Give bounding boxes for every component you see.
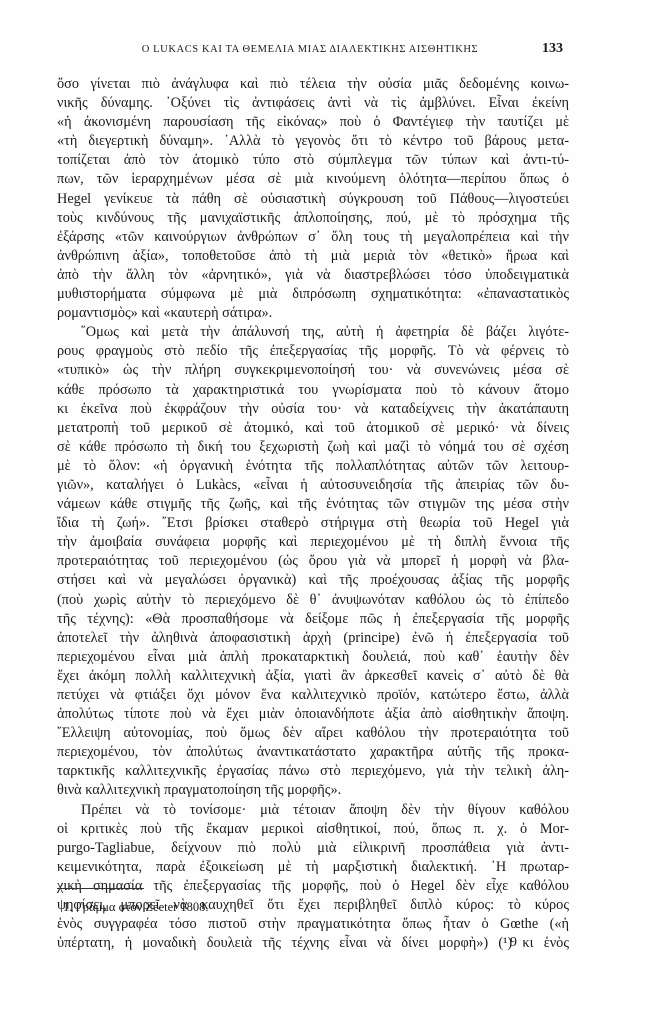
- text-line: χικὴ σημασία τῆς ἐπεξεργασίας τῆς μορφῆς…: [57, 877, 569, 896]
- text-line: ἐξάρσης «τῶν καινούργιων ἀνθρώπων σ᾿ ὅλη…: [57, 228, 569, 247]
- text-line: νικῆς δύναμης. ᾿Οξύνει τὶς ἀντιφάσεις ἀν…: [57, 94, 569, 113]
- text-line: στήσει καὶ νὰ μεγαλώσει ὀργανικὰ) καὶ τῆ…: [57, 571, 569, 590]
- text-line: πετύχει νὰ φτιάξει ὄχι μόνον ἕνα καλλιτε…: [57, 686, 569, 705]
- text-line: ῎Ελλειψη αὐτονομίας, ποὺ ὅμως δὲν αἴρει …: [57, 724, 569, 743]
- text-line: περιεχομένου εἶναι μιὰ ἁπλὴ προκαταρκτικ…: [57, 648, 569, 667]
- text-line: τὴν ἀμοιβαία συνάφεια μορφῆς καὶ περιεχο…: [57, 533, 569, 552]
- text-line: μυθιστορήματα σύμφωνα μὲ μιὰ διπρόσωπη σ…: [57, 285, 569, 304]
- body-text: ὅσο γίνεται πιὸ ἀνάγλυφα καὶ πιὸ τέλεια …: [57, 75, 569, 953]
- paragraph-start-line: Πρέπει νὰ τὸ τονίσομε· μιὰ τέτοιαν ἄποψη…: [57, 801, 569, 820]
- text-line: πων, τῶν ἱεραρχημένων μέσα σὲ μιὰ κινούμ…: [57, 170, 569, 189]
- text-line: μὲ τὸ ὅλον: «ἡ ὀργανικὴ ἑνότητα τῆς πολλ…: [57, 457, 569, 476]
- text-line: purgo-Tagliabue, δείχνουν πιὸ πολὺ μιὰ ε…: [57, 839, 569, 858]
- text-line: ἔχει ἀκόμη πολλὴ καλλιτεχνικὴ ἀξία, γιατ…: [57, 667, 569, 686]
- text-line: κάθε πρόσωπο τὰ χαρακτηριστικά του γνωρί…: [57, 381, 569, 400]
- text-line: «τὴ διεγερτικὴ δύναμη». ᾿Αλλὰ τὸ γεγονὸς…: [57, 132, 569, 151]
- text-line: ὅσο γίνεται πιὸ ἀνάγλυφα καὶ πιὸ τέλεια …: [57, 75, 569, 94]
- paragraph-start-line: ῞Ομως καὶ μετὰ τὴν ἀπάλυνσή της, αὐτὴ ἡ …: [57, 323, 569, 342]
- text-line: ἑνὸς συγγραφέα τόσο πιστοῦ στὴν πραγματι…: [57, 915, 569, 934]
- running-head-title: Ο LUKACS ΚΑΙ ΤΑ ΘΕΜΕΛΙΑ ΜΙΑΣ ΔΙΑΛΕΚΤΙΚΗΣ…: [100, 44, 520, 55]
- text-line: ρους φραγμοὺς στὸ πεδίο τῆς ἐπεξεργασίας…: [57, 342, 569, 361]
- text-line: τῆς τέχνης): «Θὰ προσπαθήσομε νὰ δείξομε…: [57, 610, 569, 629]
- text-line: (ποὺ χωρὶς αὐτὴν τὸ περιεχόμενο δὲ θ᾿ ἀν…: [57, 591, 569, 610]
- text-line: κι ἐκεῖνα ποὺ ἐκφράζουν τὴν οὐσία του· ν…: [57, 400, 569, 419]
- signature-mark: 9: [510, 935, 517, 951]
- text-line: Hegel γενίκευε τὰ πάθη σὲ οὐσιαστικὴ σύγ…: [57, 190, 569, 209]
- text-line: τοπίζεται ἀπὸ τὸν ἀτομικὸ τύπο στὸ σύμπλ…: [57, 151, 569, 170]
- text-line: οἱ κριτικὲς ποὺ τῆς ἔκαμαν μερικοὶ αἰσθη…: [57, 820, 569, 839]
- text-line: ἀπὸ τὴν ἄλλη τὸν «ἀρνητικό», γιὰ νὰ διασ…: [57, 266, 569, 285]
- text-line: ὑπέρτατη, ἡ μοναδικὴ δουλειὰ τῆς τέχνης …: [57, 934, 569, 953]
- text-line: θινὰ καλλιτεχνικὴ πραγματοποίηση τῆς μορ…: [57, 781, 569, 800]
- text-line: ἴδια τὴ ζωή». ῎Ετσι βρίσκει σταθερὸ στήρ…: [57, 514, 569, 533]
- text-line: νάμεων κάθε στιγμῆς τῆς ζωῆς, καὶ τῆς ἑν…: [57, 495, 569, 514]
- text-line: γιῶν», καταλήγει ὁ Lukàcs, «εἶναι ἡ αὐτο…: [57, 476, 569, 495]
- text-line: ταρκτικῆς καλλιτεχνικῆς ἐργασίας πάνω στ…: [57, 762, 569, 781]
- footnote: 1. Γράμμα στὸν Zeeter 1808.: [63, 900, 209, 915]
- text-line: τοὺς κινδύνους τῆς μανιχαϊστικῆς ἁπλοποί…: [57, 209, 569, 228]
- text-line: ρομαντισμὸς» καὶ «καυτερὴ σάτιρα».: [57, 304, 569, 323]
- text-line: ἀνθρώπινη ἀξία», τοποθετοῦσε ἀπὸ τὴ μιὰ …: [57, 247, 569, 266]
- page-number: 133: [542, 41, 563, 57]
- text-line: περιεχομένου, τὸν ἀπολύτως ἀναντικατάστα…: [57, 743, 569, 762]
- text-line: «τυπικὸ» ὡς τὴν πλήρη συγκεκριμενοποίησή…: [57, 361, 569, 380]
- footnote-divider: [57, 888, 144, 889]
- text-line: προτεραιότητας τοῦ περιεχομένου (ὡς ὅρου…: [57, 552, 569, 571]
- text-line: κειμενικότητα, παρὰ ἐξοικείωση μὲ τὴ μαρ…: [57, 858, 569, 877]
- book-page: Ο LUKACS ΚΑΙ ΤΑ ΘΕΜΕΛΙΑ ΜΙΑΣ ΔΙΑΛΕΚΤΙΚΗΣ…: [0, 0, 650, 1024]
- text-line: ἀποτελεῖ τὴν ἀληθινὰ ἀποφασιστικὴ ἀρχὴ (…: [57, 629, 569, 648]
- text-line: μετατροπὴ τοῦ μερικοῦ σὲ ἀτομικό, καὶ το…: [57, 419, 569, 438]
- text-line: ἀπολύτως τίποτε ποὺ νὰ ἔχει μιὰν ὁποιανδ…: [57, 705, 569, 724]
- text-line: σὲ κάθε πρόσωπο τὴ δική του ξεχωριστὴ ζω…: [57, 438, 569, 457]
- text-line: «ἡ ἀκονισμένη παρουσίαση τῆς εἰκόνας» πο…: [57, 113, 569, 132]
